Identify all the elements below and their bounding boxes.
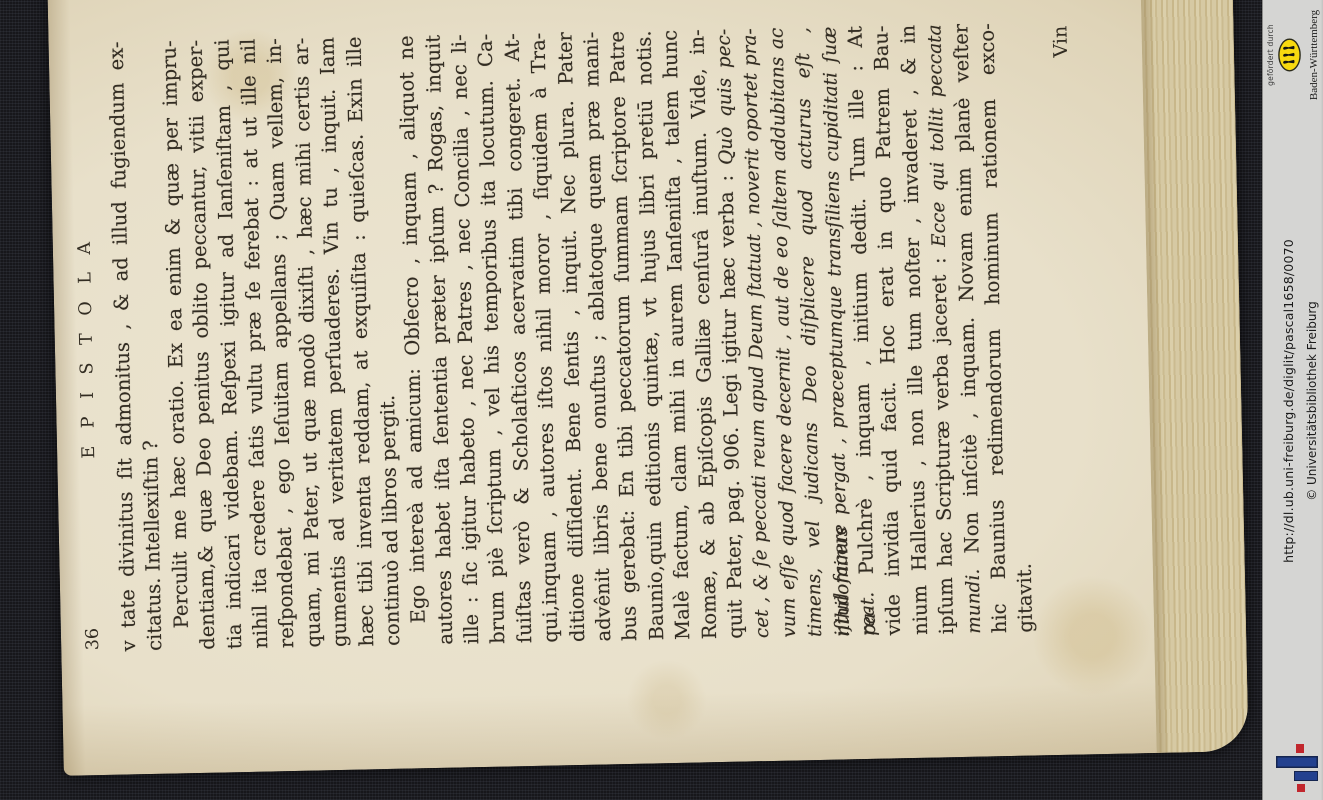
scan-attribution: http://dl.ub.uni-freiburg.de/diglit/pasc…	[1281, 211, 1319, 591]
funder-label: gefördert durch	[1266, 24, 1275, 86]
catchword: Vin	[1049, 22, 1084, 632]
page-text-block: 36 E P I S T O L A v tate divinitus ſit …	[71, 22, 1084, 653]
page-header: 36 E P I S T O L A	[71, 42, 108, 652]
book-page-scan: 36 E P I S T O L A v tate divinitus ſit …	[47, 0, 1248, 776]
running-head: E P I S T O L A	[71, 42, 104, 652]
funder-name: Baden-Württemberg	[1308, 10, 1320, 100]
book-fore-edge	[1140, 0, 1249, 753]
funder-block: gefördert durch Baden-Württemberg	[1266, 7, 1320, 103]
ub-freiburg-logo-icon	[1275, 744, 1319, 792]
library-sidebar: gefördert durch Baden-Württemberg http:/…	[1262, 0, 1323, 800]
scan-url: http://dl.ub.uni-freiburg.de/diglit/pasc…	[1281, 239, 1296, 563]
page-number: 36	[83, 628, 103, 651]
copyright-notice: © Universitätsbibliothek Freiburg	[1305, 301, 1319, 501]
page-text: v tate divinitus ſit admonitus , & ad il…	[104, 22, 1040, 651]
bw-coat-of-arms-icon	[1278, 38, 1305, 72]
digitized-book-viewer: 36 E P I S T O L A v tate divinitus ſit …	[0, 0, 1323, 800]
